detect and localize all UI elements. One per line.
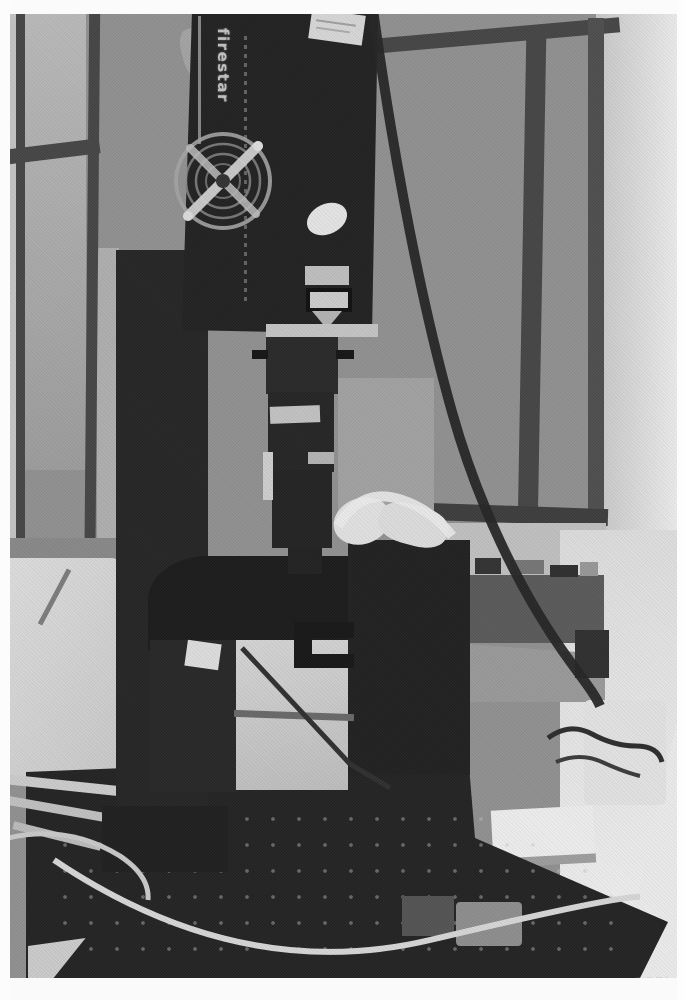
photo-figure: firestar (0, 0, 684, 1000)
diagonal-cable (242, 648, 390, 788)
cable-hook (294, 622, 354, 668)
power-strap-cable (372, 2, 600, 706)
scan-margin-top (0, 0, 684, 14)
scan-margin-left (0, 0, 10, 1000)
cable-coil (8, 834, 148, 900)
hose-arc (338, 496, 452, 536)
scan-margin-bottom (0, 978, 684, 1000)
scan-margin-right (677, 0, 684, 1000)
container-cable (556, 757, 640, 776)
cables-overlay (0, 0, 684, 1000)
